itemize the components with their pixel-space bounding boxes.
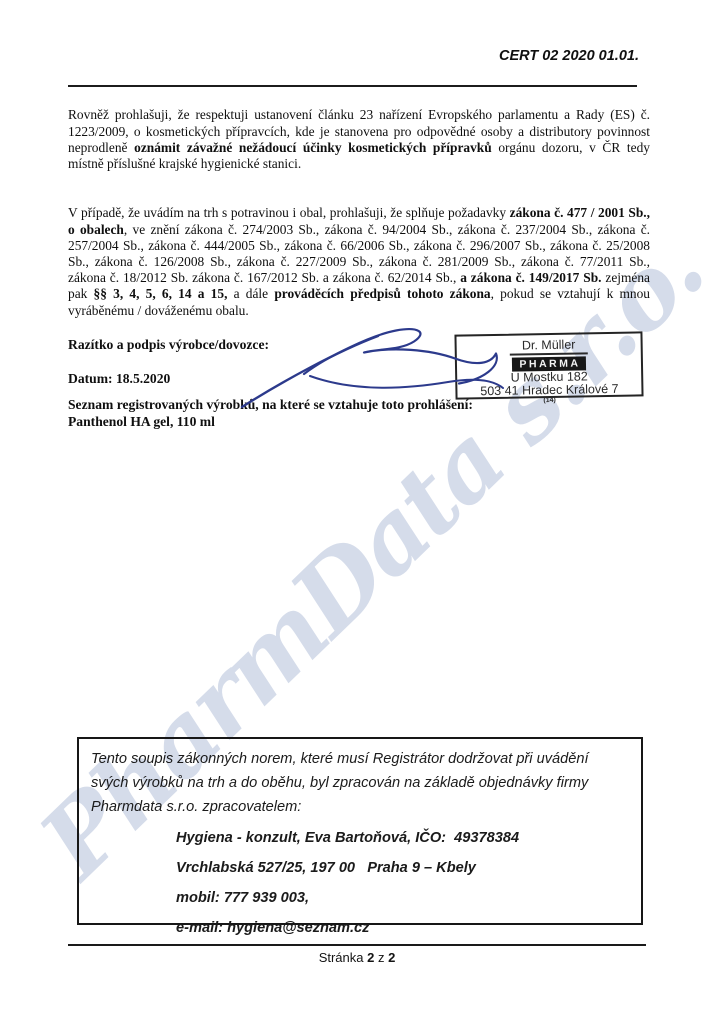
document-page: PharmData s.r.o. CERT 02 2020 01.01. Rov… <box>0 0 714 1024</box>
document-reference: CERT 02 2020 01.01. <box>499 48 639 64</box>
processor-address-line: Vrchlabská 527/25, 197 00 Praha 9 – Kbel… <box>176 858 627 879</box>
date-line: Datum: 18.5.2020 <box>68 371 170 387</box>
info-box-intro: Tento soupis zákonných norem, které musí… <box>91 747 627 819</box>
footer-divider <box>68 944 646 946</box>
processor-email-line: e-mail: hygiena@seznam.cz <box>176 918 627 939</box>
page-number: Stránka 2 z 2 <box>0 950 714 965</box>
processor-info-box: Tento soupis zákonných norem, které musí… <box>77 737 643 925</box>
signature-stroke <box>304 329 497 383</box>
paragraph-packaging-law: V případě, že uvádím na trh s potravinou… <box>68 205 650 318</box>
signature-stroke <box>310 376 503 388</box>
processor-mobile-line: mobil: 777 939 003, <box>176 888 627 909</box>
product-item: Panthenol HA gel, 110 ml <box>68 414 215 430</box>
header-divider <box>68 85 637 87</box>
processor-name-line: Hygiena - konzult, Eva Bartoňová, IČO: 4… <box>176 828 627 849</box>
handwritten-signature <box>228 323 528 423</box>
paragraph-cosmetics-regulation: Rovněž prohlašuji, že respektuji ustanov… <box>68 107 650 172</box>
signature-stroke <box>242 336 378 407</box>
